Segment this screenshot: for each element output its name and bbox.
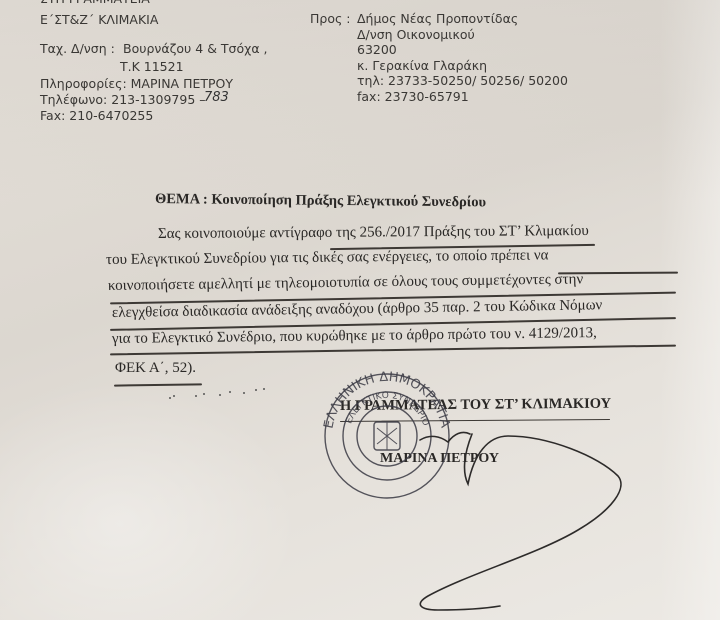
sender-info: Πληροφορίες: ΜΑΡΙΝΑ ΠΕΤΡΟΥ xyxy=(40,76,233,91)
body-line: ΦΕΚ Α΄, 52). xyxy=(115,360,196,377)
sender-phone-handwritten: 783 xyxy=(204,90,229,105)
handwritten-signature xyxy=(360,420,680,620)
sender-address-line1: Βουρνάζου 4 & Τσόχα , xyxy=(123,41,268,56)
sender-dept-cut: ΣΤΗ ΓΡΑΜΜΑΤΕΙΑ xyxy=(40,0,150,6)
recipient-line: Δήμος Νέας Προποντίδας xyxy=(357,11,518,26)
body-line: Σας κοινοποιούμε αντίγραφο της 256./2017… xyxy=(158,223,589,243)
recipient-line: 63200 xyxy=(357,42,397,57)
recipient-line: τηλ: 23733-50250/ 50256/ 50200 xyxy=(357,73,568,88)
sender-address-label: Ταχ. Δ/νση : xyxy=(40,41,115,56)
subject: ΘΕΜΑ : Κοινοποίηση Πράξης Ελεγκτικού Συν… xyxy=(155,191,486,211)
paper-shadow xyxy=(0,380,300,620)
recipient-label: Προς : xyxy=(310,11,351,26)
body-line: του Ελεγκτικού Συνεδρίου για τις δικές σ… xyxy=(106,247,549,269)
body-line: κοινοποιήσετε αμελλητί με τηλεομοιοτυπία… xyxy=(108,271,583,295)
recipient-line: Δ/νση Οικονομικού xyxy=(357,27,475,42)
recipient-line: fax: 23730-65791 xyxy=(357,89,469,104)
sender-fax: Fax: 210-6470255 xyxy=(40,108,153,123)
paper-specks xyxy=(160,380,280,410)
recipient-line: κ. Γερακίνα Γλαράκη xyxy=(357,58,487,73)
underline xyxy=(558,272,678,274)
sender-phone: Τηλέφωνο: 213-1309795 – xyxy=(40,92,206,107)
sender-address-line2: Τ.Κ 11521 xyxy=(120,59,184,74)
sender-dept: Ε΄ΣΤ&Ζ΄ ΚΛΙΜΑΚΙΑ xyxy=(40,12,158,27)
